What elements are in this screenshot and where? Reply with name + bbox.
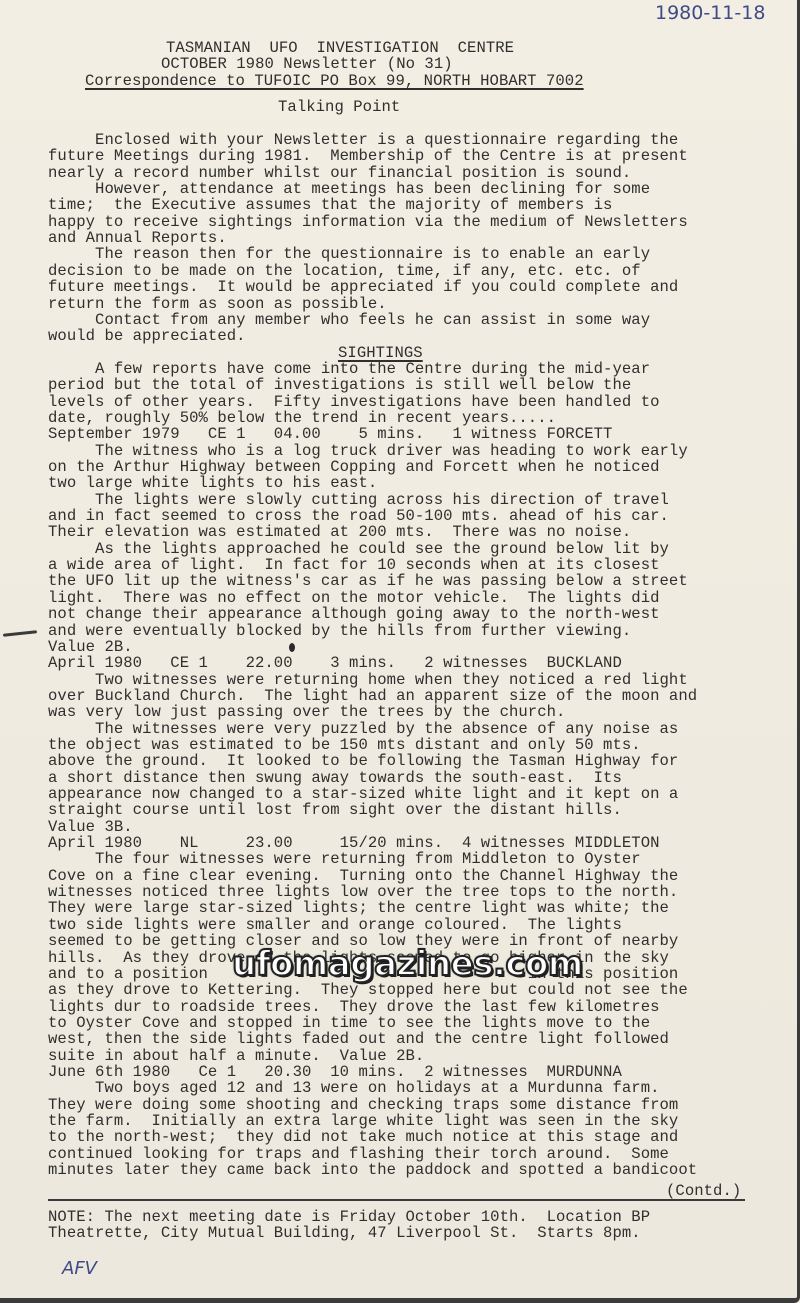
note-line-1: NOTE: The next meeting date is Friday Oc… bbox=[48, 1209, 650, 1225]
report-line: the farm. Initially an extra large white… bbox=[48, 1113, 678, 1129]
report-line: They were large star-sized lights; the c… bbox=[48, 900, 669, 916]
report-line: lights dur to roadside trees. They drove… bbox=[48, 999, 660, 1015]
talking-point-line: happy to receive sightings information v… bbox=[48, 214, 688, 230]
report-line: the object was estimated to be 150 mts d… bbox=[48, 737, 641, 753]
section-title-talking-point: Talking Point bbox=[278, 99, 400, 115]
report-heading: June 6th 1980 Ce 1 20.30 10 mins. 2 witn… bbox=[48, 1064, 622, 1080]
report-line: Two boys aged 12 and 13 were on holidays… bbox=[48, 1080, 660, 1096]
talking-point-line: Contact from any member who feels he can… bbox=[48, 312, 650, 328]
report-line: Cove on a fine clear evening. Turning on… bbox=[48, 868, 678, 884]
report-heading: April 1980 CE 1 22.00 3 mins. 2 witnesse… bbox=[48, 655, 622, 671]
report-line: appearance now changed to a star-sized w… bbox=[48, 786, 678, 802]
ink-blot bbox=[289, 643, 295, 652]
watermark: ufomagazines.com bbox=[232, 944, 583, 984]
report-line: Value 2B. bbox=[48, 639, 133, 655]
report-line: The four witnesses were returning from M… bbox=[48, 851, 641, 867]
sightings-intro-line: levels of other years. Fifty investigati… bbox=[48, 394, 660, 410]
report-line: two large white lights to his east. bbox=[48, 475, 377, 491]
sightings-intro-line: A few reports have come into the Centre … bbox=[48, 361, 650, 377]
report-line: minutes later they came back into the pa… bbox=[48, 1162, 697, 1178]
talking-point-line: future meetings. It would be appreciated… bbox=[48, 279, 678, 295]
report-line: the UFO lit up the witness's car as if h… bbox=[48, 573, 688, 589]
correspondence-address: Correspondence to TUFOIC PO Box 99, NORT… bbox=[85, 73, 584, 89]
report-line: not change their appearance although goi… bbox=[48, 606, 660, 622]
handwritten-stamp-date: 1980-11-18 bbox=[655, 2, 765, 24]
report-line: The witnesses were very puzzled by the a… bbox=[48, 721, 678, 737]
report-heading: September 1979 CE 1 04.00 5 mins. 1 witn… bbox=[48, 426, 612, 442]
report-line: as they drove to Kettering. They stopped… bbox=[48, 982, 688, 998]
report-line: to Oyster Cove and stopped in time to se… bbox=[48, 1015, 650, 1031]
section-divider bbox=[48, 1199, 745, 1201]
report-line: to the north-west; they did not take muc… bbox=[48, 1129, 678, 1145]
report-line: over Buckland Church. The light had an a… bbox=[48, 688, 697, 704]
talking-point-line: would be appreciated. bbox=[48, 328, 246, 344]
talking-point-line: decision to be made on the location, tim… bbox=[48, 263, 641, 279]
talking-point-line: The reason then for the questionnaire is… bbox=[48, 246, 650, 262]
talking-point-line: return the form as soon as possible. bbox=[48, 296, 387, 312]
report-line: and were eventually blocked by the hills… bbox=[48, 623, 631, 639]
report-heading: April 1980 NL 23.00 15/20 mins. 4 witnes… bbox=[48, 835, 660, 851]
report-line: As the lights approached he could see th… bbox=[48, 541, 669, 557]
talking-point-line: future Meetings during 1981. Membership … bbox=[48, 148, 688, 164]
report-line: They were doing some shooting and checki… bbox=[48, 1097, 678, 1113]
report-line: west, then the side lights faded out and… bbox=[48, 1031, 669, 1047]
talking-point-line: time; the Executive assumes that the maj… bbox=[48, 197, 612, 213]
report-line: suite in about half a minute. Value 2B. bbox=[48, 1048, 424, 1064]
handwritten-initials: AFV bbox=[62, 1258, 97, 1279]
report-line: a wide area of light. In fact for 10 sec… bbox=[48, 557, 660, 573]
report-line: witnesses noticed three lights low over … bbox=[48, 884, 678, 900]
newsletter-page: 1980-11-18 TASMANIAN UFO INVESTIGATION C… bbox=[0, 0, 800, 1303]
report-line: and in fact seemed to cross the road 50-… bbox=[48, 508, 669, 524]
report-line: Two witnesses were returning home when t… bbox=[48, 672, 688, 688]
report-line: continued looking for traps and flashing… bbox=[48, 1146, 669, 1162]
talking-point-line: Enclosed with your Newsletter is a quest… bbox=[48, 132, 678, 148]
sightings-intro-line: date, roughly 50% below the trend in rec… bbox=[48, 410, 556, 426]
report-line: Their elevation was estimated at 200 mts… bbox=[48, 524, 631, 540]
margin-pen-mark bbox=[3, 630, 37, 637]
talking-point-line: and Annual Reports. bbox=[48, 230, 227, 246]
report-line: The witness who is a log truck driver wa… bbox=[48, 443, 688, 459]
report-line: The lights were slowly cutting across hi… bbox=[48, 492, 669, 508]
continued-label: (Contd.) bbox=[666, 1183, 741, 1199]
report-line: was very low just passing over the trees… bbox=[48, 704, 565, 720]
sightings-heading: SIGHTINGS bbox=[338, 345, 423, 361]
talking-point-line: However, attendance at meetings has been… bbox=[48, 181, 650, 197]
report-line: Value 3B. bbox=[48, 819, 133, 835]
sightings-intro-line: period but the total of investigations i… bbox=[48, 377, 631, 393]
report-line: a short distance then swung away towards… bbox=[48, 770, 622, 786]
report-line: straight course until lost from sight ov… bbox=[48, 802, 622, 818]
note-line-2: Theatrette, City Mutual Building, 47 Liv… bbox=[48, 1225, 641, 1241]
report-line: on the Arthur Highway between Copping an… bbox=[48, 459, 660, 475]
talking-point-line: nearly a record number whilst our financ… bbox=[48, 165, 631, 181]
report-line: above the ground. It looked to be follow… bbox=[48, 753, 678, 769]
report-line: two side lights were smaller and orange … bbox=[48, 917, 622, 933]
issue-title: OCTOBER 1980 Newsletter (No 31) bbox=[161, 56, 453, 72]
report-line: light. There was no effect on the motor … bbox=[48, 590, 660, 606]
org-title: TASMANIAN UFO INVESTIGATION CENTRE bbox=[166, 40, 514, 56]
